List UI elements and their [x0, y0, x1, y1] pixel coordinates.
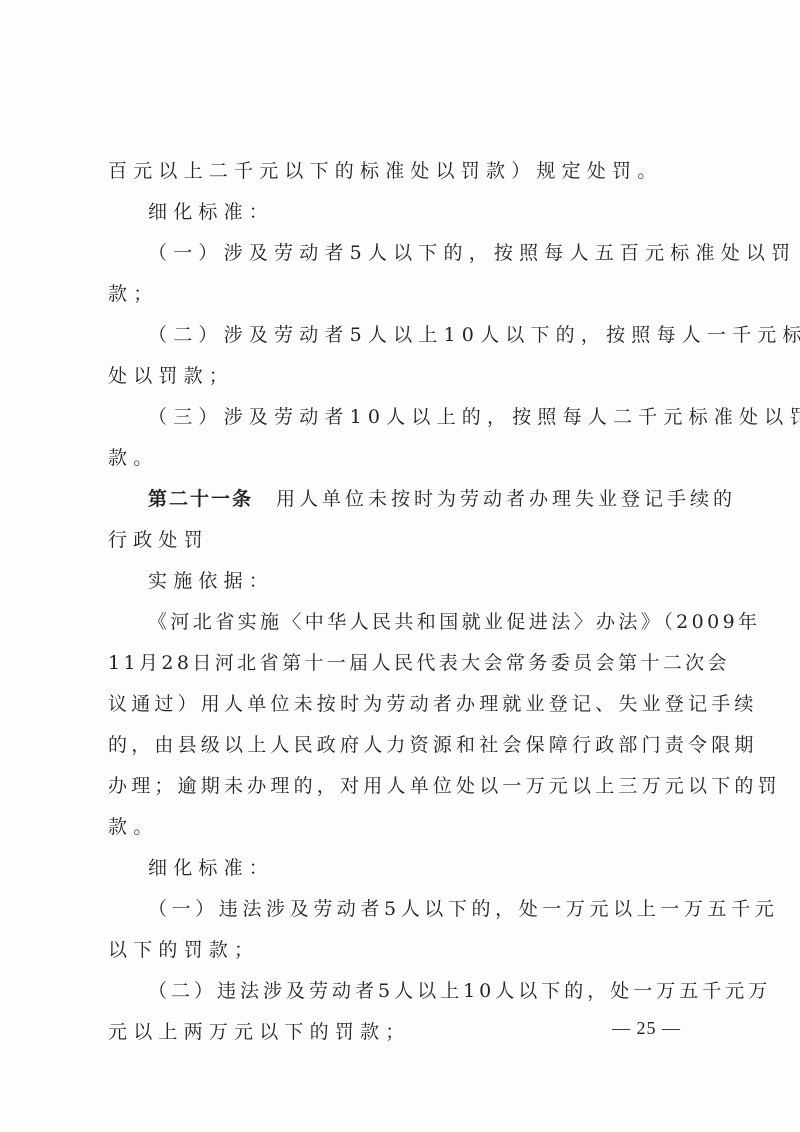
- text-line: 以下的罚款；: [108, 938, 692, 962]
- article-heading: 第二十一条 用人单位未按时为劳动者办理失业登记手续的: [148, 487, 692, 511]
- text-line: 行政处罚: [108, 528, 692, 552]
- text-line: （一）违法涉及劳动者5人以下的，处一万元以上一万五千元: [148, 897, 692, 921]
- text-line: 办理；逾期未办理的，对用人单位处以一万元以上三万元以下的罚: [108, 774, 692, 798]
- text-line: 的，由县级以上人民政府人力资源和社会保障行政部门责令限期: [108, 733, 692, 757]
- article-number: 第二十一条: [148, 488, 253, 510]
- text-line: （二）涉及劳动者5人以上10人以下的，按照每人一千元标准: [148, 323, 692, 347]
- page-number: — 25 —: [612, 1018, 681, 1039]
- text-line: （二）违法涉及劳动者5人以上10人以下的，处一万五千元万: [148, 979, 692, 1003]
- text-line: 11月28日河北省第十一届人民代表大会常务委员会第十二次会: [108, 651, 692, 675]
- text-line: 《河北省实施〈中华人民共和国就业促进法〉办法》（2009年: [148, 610, 692, 634]
- subheading-detail-standard: 细化标准：: [148, 200, 692, 224]
- text-line: 款。: [108, 815, 692, 839]
- text-line: 款。: [108, 446, 692, 470]
- text-line: 百元以上二千元以下的标准处以罚款）规定处罚。: [108, 159, 692, 183]
- subheading-basis: 实施依据：: [148, 569, 692, 593]
- text-line: （三）涉及劳动者10人以上的，按照每人二千元标准处以罚: [148, 405, 692, 429]
- text-line: 款；: [108, 282, 692, 306]
- text-line: （一）涉及劳动者5人以下的，按照每人五百元标准处以罚: [148, 241, 692, 265]
- text-line: 议通过）用人单位未按时为劳动者办理就业登记、失业登记手续: [108, 692, 692, 716]
- subheading-detail-standard: 细化标准：: [148, 856, 692, 880]
- article-title: 用人单位未按时为劳动者办理失业登记手续的: [253, 488, 736, 510]
- text-line: 处以罚款；: [108, 364, 692, 388]
- document-page: 百元以上二千元以下的标准处以罚款）规定处罚。 细化标准： （一）涉及劳动者5人以…: [0, 0, 800, 1132]
- text-line: 元以上两万元以下的罚款；: [108, 1020, 692, 1044]
